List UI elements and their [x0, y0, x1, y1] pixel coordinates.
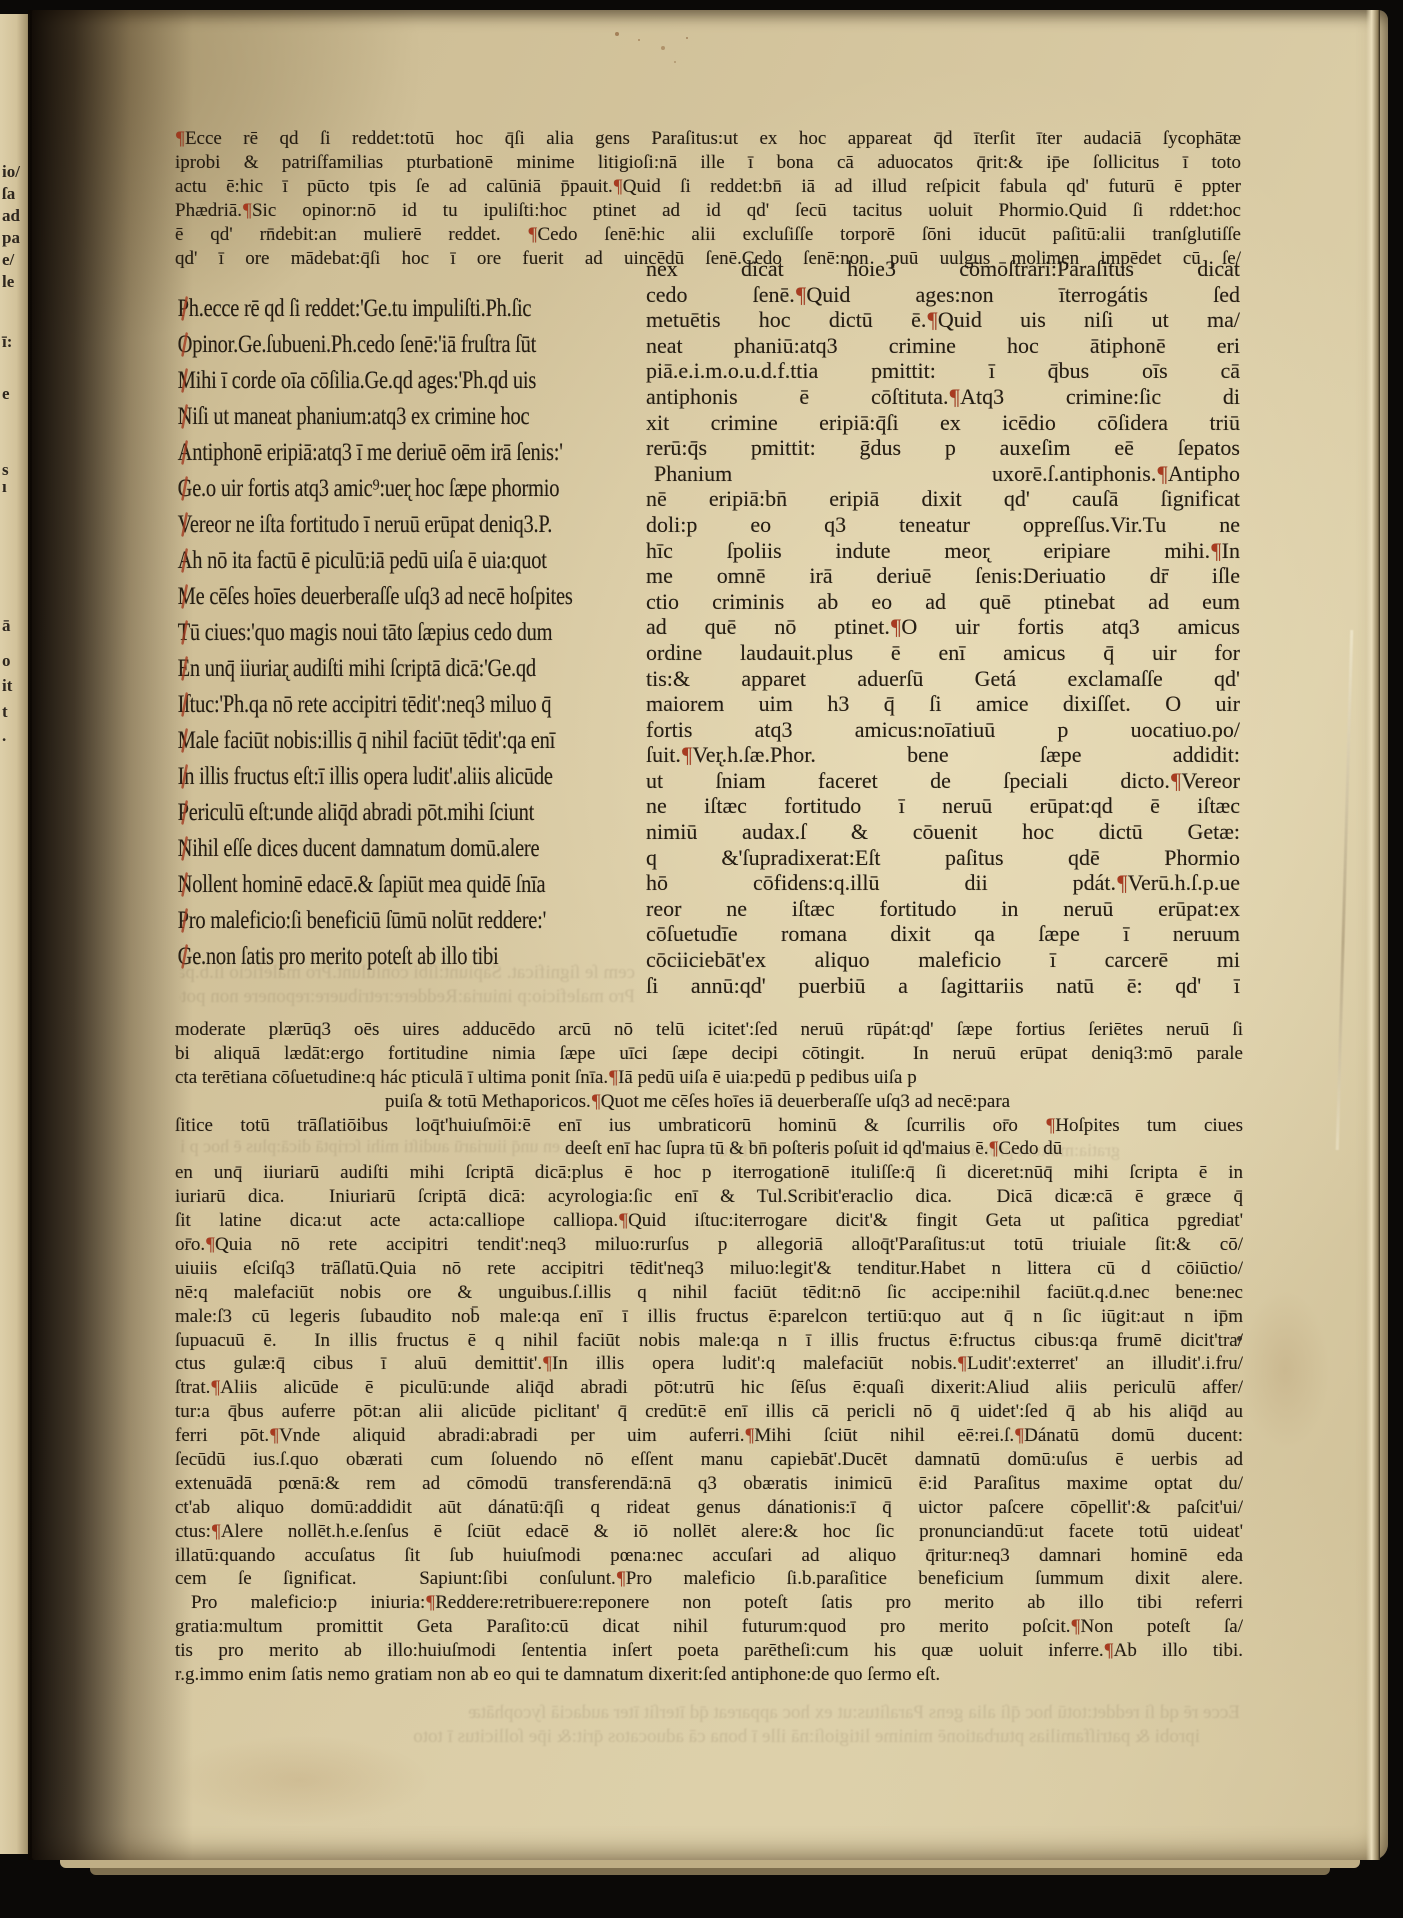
text-line: Vereor ne iſta fortitudo ī neruū erūpat …	[176, 507, 648, 543]
text-line: cedo ſenē.¶Quid ages:non īterrogátis ſed	[646, 282, 1240, 308]
pilcrow-mark: ¶	[242, 200, 252, 221]
text-line: cōſuetudīe romana dixit qa ſæpe ī neruum	[646, 921, 1240, 947]
text-line: ſit latine dica:ut acte acta:calliope ca…	[175, 1209, 1243, 1233]
cut-off-letter-fragment: ā	[2, 616, 11, 636]
text-line: iuriarū dica. Iniuriarū ſcriptā dicā: ac…	[175, 1185, 1243, 1209]
text-line: uiuiis eſciſq3 trāſlatū.Quia nō rete acc…	[175, 1257, 1243, 1281]
text-line: Ph.ecce rē qd ſi reddet:'Ge.tu impuliſti…	[176, 291, 648, 327]
pilcrow-mark: ¶	[205, 1234, 215, 1255]
text-line: tur:a q̄bus auferre pōt:an alii alicūde …	[175, 1400, 1243, 1424]
text-line: ct'ab aliquo domū:addidit aūt dánatū:q̄ſ…	[175, 1496, 1243, 1520]
text-line: Mihi ī corde oīa cōſilia.Ge.qd ages:'Ph.…	[176, 363, 648, 399]
scanned-book-photo: io/ſaadpae/leī:esıāoitt. cem ſe ſignific…	[0, 0, 1403, 1918]
pilcrow-mark: ¶	[1156, 461, 1168, 486]
text-line: ſupuacuū ē. In illis fructus ē q nihil f…	[175, 1329, 1243, 1353]
pilcrow-mark: ¶	[744, 1425, 754, 1446]
pilcrow-mark: ¶	[425, 1592, 435, 1613]
text-line: Opinor.Ge.ſubueni.Ph.cedo ſenē:'iā fruſt…	[176, 327, 648, 363]
pilcrow-mark: ¶	[890, 614, 902, 639]
text-line: Ah nō ita factū ē piculū:iā pedū uiſa ē …	[176, 543, 648, 579]
text-line: Pro maleficio:p iniuria:¶Reddere:retribu…	[175, 1591, 1243, 1615]
text-line: En unq̄ iiuriar̨ audiſti mihi ſcriptā di…	[176, 651, 648, 687]
pilcrow-mark: ¶	[608, 1067, 618, 1088]
cut-off-letter-fragment: le	[2, 272, 14, 292]
text-line: ē qd' rn̄debit:an mulierē reddet. ¶Cedo …	[175, 223, 1241, 247]
cut-off-letter-fragment: ī:	[2, 332, 12, 352]
cut-off-letter-fragment: ſa	[2, 184, 15, 204]
text-line: gratia:multum promittit Geta Paraſito:cū…	[175, 1615, 1243, 1639]
text-line: nē eripiā:bn̄ eripiā dixit qd' cauſā ſig…	[646, 486, 1240, 512]
pilcrow-mark: ¶	[211, 1521, 221, 1542]
facing-page-edge: io/ſaadpae/leī:esıāoitt.	[0, 14, 30, 1854]
text-line: moderate plærūq3 oēs uires adducēdo arcū…	[175, 1018, 1243, 1042]
cut-off-letter-fragment: ad	[2, 206, 20, 226]
pilcrow-mark: ¶	[616, 1568, 626, 1589]
text-line: ordine laudauit.plus ē enī amicus q̄ uir…	[646, 640, 1240, 666]
pilcrow-mark: ¶	[1045, 1115, 1055, 1136]
cut-off-letter-fragment: ı	[2, 477, 7, 497]
text-line: puiſa & totū Methaporicos.¶Quot me cēſes…	[175, 1090, 1243, 1114]
bottom-commentary-block: moderate plærūq3 oēs uires adducēdo arcū…	[175, 1018, 1243, 1687]
text-line: iprobi & patriſfamilias pturbationē mini…	[175, 151, 1241, 175]
pilcrow-mark: ¶	[269, 1425, 279, 1446]
text-line: tis pro merito ab illo:huiuſmodi ſentent…	[175, 1639, 1243, 1663]
pilcrow-mark: ¶	[926, 307, 938, 332]
text-line: ut ſniam faceret de ſpeciali dicto.¶Vere…	[646, 768, 1240, 794]
text-line: nex dicat hoie3 cōmōſtrari:Paraſitus dic…	[646, 256, 1240, 282]
text-line: ctus gulæ:q̄ cibus ī aluū demittit'.¶In …	[175, 1352, 1243, 1376]
text-line: rerū:q̄s pmittit: ḡdus p auxeſim eē ſepa…	[646, 435, 1240, 461]
text-line: Periculū eſt:unde aliq̄d abradi pōt.mihi…	[176, 795, 648, 831]
text-line: tis:& apparet aduerſū Getá exclamaſſe qd…	[646, 666, 1240, 692]
text-line: Male faciūt nobis:illis q̄ nihil faciūt …	[176, 723, 648, 759]
text-line: male:ſ3 cū legeris ſubaudito nob̄ male:q…	[175, 1305, 1243, 1329]
pilcrow-mark: ¶	[681, 742, 693, 767]
cut-off-letter-fragment: io/	[2, 162, 20, 182]
cut-off-letter-fragment: t	[2, 702, 8, 722]
pilcrow-mark: ¶	[591, 1091, 601, 1112]
pilcrow-mark: ¶	[618, 1210, 628, 1231]
cut-off-letter-fragment: o	[2, 651, 11, 671]
text-line: cem ſe ſignificat. Sapiunt:ſibi conſulun…	[175, 1567, 1243, 1591]
text-line: Phædriā.¶Sic opinor:nō id tu ipuliſti:ho…	[175, 199, 1241, 223]
cut-off-letter-fragment: pa	[2, 228, 20, 248]
text-line: piā.e.i.m.o.u.d.f.ttia pmittit: ī q̄bus …	[646, 358, 1240, 384]
commentary-column: nex dicat hoie3 cōmōſtrari:Paraſitus dic…	[646, 256, 1240, 998]
text-line: ſuit.¶Ver̨.h.ſæ.Phor. bene ſæpe addidit:	[646, 742, 1240, 768]
page-edge-stack	[90, 1868, 1330, 1875]
text-line: ferri pōt.¶Vnde aliquid abradi:abradi pe…	[175, 1424, 1243, 1448]
text-line: actu ē:hic ī pūcto tpis ſe ad calūniā p̄…	[175, 175, 1241, 199]
text-line: Tū ciues:'quo magis noui tāto ſæpius ced…	[176, 615, 648, 651]
text-line: reor ne iſtæc fortitudo in neruū erūpat:…	[646, 896, 1240, 922]
text-line: Antiphonē eripiā:atq3 ī me deriuē oēm ir…	[176, 435, 648, 471]
text-line: Ge.o uir fortis atq3 amic⁹:uer̨ hoc ſæpe…	[176, 471, 648, 507]
text-line: Niſi ut maneat phanium:atq3 ex crimine h…	[176, 399, 648, 435]
text-line: ſi annū:qd' puerbiū a ſagittariis natū ē…	[646, 973, 1240, 999]
page-right-edge	[1366, 10, 1380, 1860]
text-line: ¶Ecce rē qd ſi reddet:totū hoc q̄ſi alia…	[175, 127, 1241, 151]
text-line: ad quē nō ptinet.¶O uir fortis atq3 amic…	[646, 614, 1240, 640]
text-line: Nollent hominē edacē.& ſapiūt mea quidē …	[176, 867, 648, 903]
text-line: hō cōfidens:q.illū dii pdát.¶Verū.h.ſ.p.…	[646, 870, 1240, 896]
text-line: hīc ſpoliis indute meor̨ eripiare mihi.¶…	[646, 538, 1240, 564]
pilcrow-mark: ¶	[210, 1377, 220, 1398]
text-line: maiorem uim h3 q̄ ſi amice dixiſſet. O u…	[646, 691, 1240, 717]
text-line: metuētis hoc dictū ē.¶Quid uis niſi ut m…	[646, 307, 1240, 333]
cut-off-letter-fragment: .	[2, 726, 6, 746]
text-line: In illis fructus eſt:ī illis opera ludit…	[176, 759, 648, 795]
text-line: or̄o.¶Quia nō rete accipitri tendit':neq…	[175, 1233, 1243, 1257]
pilcrow-mark: ¶	[1014, 1425, 1024, 1446]
pilcrow-mark: ¶	[613, 176, 623, 197]
text-line: extenuādā pœnā:& rem ad cōmodū transfere…	[175, 1472, 1243, 1496]
text-line: ſitice totū trāſlatiōibus loq̄t'huiuſmōi…	[175, 1114, 1243, 1138]
pilcrow-mark: ¶	[1116, 870, 1128, 895]
text-line: q &'ſupradixerat:Eſt paſitus qdē Phormio	[646, 845, 1240, 871]
pilcrow-mark: ¶	[1071, 1616, 1081, 1637]
text-line: me omnē irā deriuē ſenis:Deriuatio dr̄ i…	[646, 563, 1240, 589]
text-line: fortis atq3 amicus:noīatiuū p uocatiuo.p…	[646, 717, 1240, 743]
top-commentary-block: ¶Ecce rē qd ſi reddet:totū hoc q̄ſi alia…	[175, 127, 1241, 271]
text-line: Me cēſes hoīes deuerberaſſe uſq3 ad necē…	[176, 579, 648, 615]
cut-off-letter-fragment: it	[2, 676, 12, 696]
text-line: xit crimine eripiā:q̄ſi ex icēdio cōſide…	[646, 410, 1240, 436]
pilcrow-mark: ¶	[1104, 1640, 1114, 1661]
text-line: cta terētiana cōſuetudine:q hác pticulā …	[175, 1066, 1243, 1090]
text-line: nē:q malefaciūt nobis ore & unguibus.ſ.i…	[175, 1281, 1243, 1305]
pilcrow-mark: ¶	[1210, 538, 1222, 563]
text-line: ſecūdū ius.ſ.quo obærati cum ſoluendo nō…	[175, 1448, 1243, 1472]
verse-column: Ph.ecce rē qd ſi reddet:'Ge.tu impuliſti…	[176, 291, 648, 975]
text-line: ſtrat.¶Aliis alicūde ē piculū:unde aliq̄…	[175, 1376, 1243, 1400]
text-line: illatū:quando accuſatus ſit ſub huiuſmod…	[175, 1544, 1243, 1568]
text-line: r.g.immo enim ſatis nemo gratiam non ab …	[175, 1663, 1243, 1687]
text-line: en unq̄ iiuriarū audiſti mihi ſcriptā di…	[175, 1161, 1243, 1185]
text-line: Iſtuc:'Ph.qa nō rete accipitri tēdit':ne…	[176, 687, 648, 723]
cut-off-letter-fragment: e/	[2, 250, 14, 270]
text-line: Ge.non ſatis pro merito poteſt ab illo t…	[176, 939, 648, 975]
text-line: Phanium uxorē.ſ.antiphonis.¶Antipho	[646, 461, 1240, 487]
pilcrow-mark: ¶	[528, 224, 538, 245]
text-line: ne iſtæc fortitudo ī neruū erūpat:qd ē i…	[646, 793, 1240, 819]
pilcrow-mark: ¶	[957, 1353, 967, 1374]
pilcrow-mark: ¶	[795, 282, 807, 307]
text-line: nimiū audax.ſ & cōuenit hoc dictū Getæ:	[646, 819, 1240, 845]
page-edge-stack	[60, 1860, 1360, 1868]
text-line: Pro maleficio:ſi beneficiū ſūmū nolūt re…	[176, 903, 648, 939]
text-line: Nihil eſſe dices ducent damnatum domū.al…	[176, 831, 648, 867]
text-line: ctus:¶Alere nollēt.h.e.ſenſus ē ſciūt ed…	[175, 1520, 1243, 1544]
text-line: antiphonis ē cōſtituta.¶Atq3 crimine:ſic…	[646, 384, 1240, 410]
pilcrow-mark: ¶	[988, 1138, 998, 1159]
text-line: ctio criminis ab eo ad quē ptinebat ad e…	[646, 589, 1240, 615]
text-line: bi aliquā lædāt:ergo fortitudine nimia ſ…	[175, 1042, 1243, 1066]
text-line: cōciiciebāt'ex aliquo maleficio ī carcer…	[646, 947, 1240, 973]
text-line: doli:p eo q3 teneatur oppreſſus.Vir.Tu n…	[646, 512, 1240, 538]
text-line: deeſt enī hac ſupra tū & bn̄ poſteris po…	[175, 1137, 1243, 1161]
pilcrow-mark: ¶	[175, 128, 185, 149]
pilcrow-mark: ¶	[1170, 768, 1182, 793]
pilcrow-mark: ¶	[542, 1353, 552, 1374]
text-line: neat phaniū:atq3 crimine hoc ātiphonē er…	[646, 333, 1240, 359]
pilcrow-mark: ¶	[949, 384, 961, 409]
cut-off-letter-fragment: e	[2, 384, 10, 404]
